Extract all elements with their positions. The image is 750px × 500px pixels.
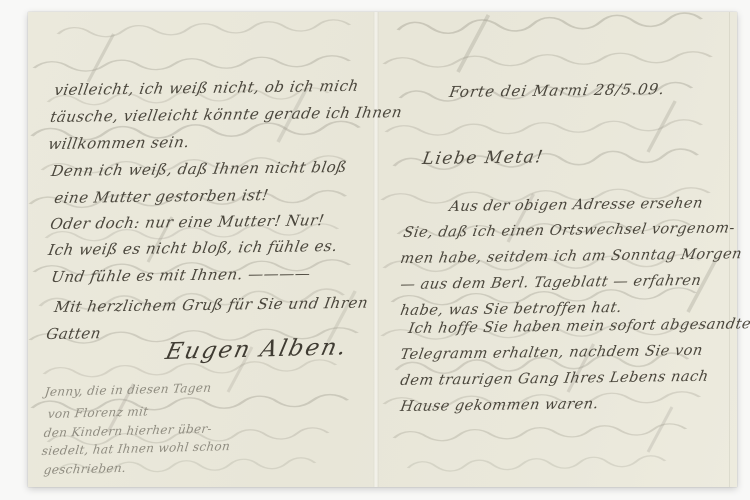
letter-line: Hause gekommen waren. [399, 397, 600, 416]
letter-line: Und fühle es mit Ihnen. ———— [50, 265, 312, 285]
dateline: Forte dei Marmi 28/5.09. [448, 81, 666, 101]
signature: Eugen Alben. [163, 335, 350, 365]
postscript-line: von Florenz mit [47, 405, 149, 421]
salutation: Liebe Meta! [421, 148, 545, 168]
letter-paper: vielleicht, ich weiß nicht, ob ich mich … [28, 12, 737, 487]
postscript-line: geschrieben. [43, 462, 127, 477]
letter-scan: vielleicht, ich weiß nicht, ob ich mich … [0, 0, 750, 500]
letter-line: Oder doch: nur eine Mutter! Nur! [49, 212, 326, 232]
letter-line: willkommen sein. [47, 134, 191, 152]
letter-line: habe, was Sie betroffen hat. [399, 301, 623, 320]
letter-line: eine Mutter gestorben ist! [53, 187, 270, 206]
closing-line: Gatten [45, 325, 102, 342]
letter-line: Ich weiß es nicht bloß, ich fühle es. [47, 238, 339, 259]
letter-line: Denn ich weiß, daß Ihnen nicht bloß [50, 159, 348, 180]
